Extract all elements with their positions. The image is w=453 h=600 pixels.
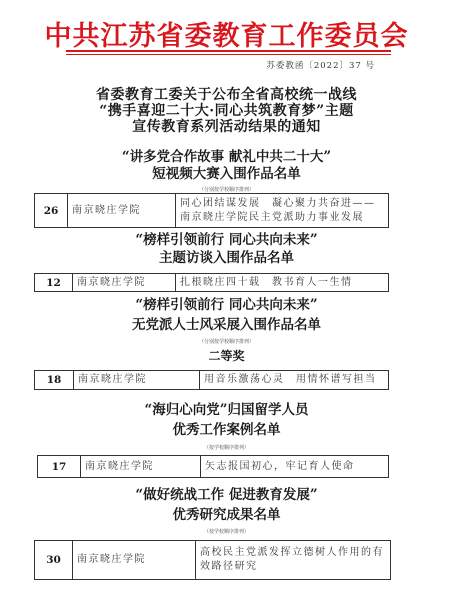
section-3-title-line-1: “榜样引领前行 同心共向未来”: [0, 297, 453, 314]
row-work-title: 扎根晓庄四十载 教书育人一生情: [176, 274, 389, 292]
section-4-note: （按学校顺序排列）: [0, 444, 453, 451]
row-school: 南京晓庄学院: [74, 371, 200, 390]
notice-title-line-2: “携手喜迎二十大·同心共筑教育梦”主题: [0, 103, 453, 119]
row-school: 南京晓庄学院: [68, 194, 176, 228]
section-1-table: 26 南京晓庄学院 同心团结谋发展 凝心聚力共奋进——南京晓庄学院民主党派助力事…: [34, 193, 389, 228]
prize-level-label: 二等奖: [0, 347, 453, 364]
row-work-title: 用音乐激荡心灵 用情怀谱写担当: [200, 371, 389, 390]
section-1-title-line-2: 短视频大赛入围作品名单: [0, 166, 453, 183]
section-3-note: （分别按学校顺序排列）: [0, 338, 453, 345]
section-1-note: （分别按学校顺序排列）: [0, 186, 453, 193]
row-work-title: 同心团结谋发展 凝心聚力共奋进——南京晓庄学院民主党派助力事业发展: [176, 194, 389, 228]
section-2-table: 12 南京晓庄学院 扎根晓庄四十载 教书育人一生情: [34, 273, 389, 292]
section-5-note: （按学校顺序排列）: [0, 528, 453, 535]
notice-title-line-3: 宣传教育系列活动结果的通知: [0, 119, 453, 135]
row-number: 30: [35, 541, 73, 580]
section-1-title-line-1: “讲多党合作故事 献礼中共二十大”: [0, 149, 453, 166]
row-school: 南京晓庄学院: [73, 541, 196, 580]
row-work-title: 高校民主党派发挥立德树人作用的有效路径研究: [196, 541, 391, 580]
row-school: 南京晓庄学院: [81, 456, 201, 478]
row-number: 18: [35, 371, 74, 390]
table-row: 18 南京晓庄学院 用音乐激荡心灵 用情怀谱写担当: [35, 371, 389, 390]
table-row: 30 南京晓庄学院 高校民主党派发挥立德树人作用的有效路径研究: [35, 541, 391, 580]
section-4-title-line-1: “海归心向党”归国留学人员: [0, 402, 453, 419]
row-number: 17: [38, 456, 81, 478]
row-school: 南京晓庄学院: [73, 274, 176, 292]
section-2-title-line-2: 主题访谈入围作品名单: [0, 250, 453, 267]
document-number: 苏委教函〔2022〕37 号: [266, 59, 375, 71]
section-3-title-line-2: 无党派人士风采展入围作品名单: [0, 317, 453, 334]
red-divider-thick: [66, 50, 391, 52]
notice-title-line-1: 省委教育工委关于公布全省高校统一战线: [0, 87, 453, 103]
organization-title: 中共江苏省委教育工作委员会: [0, 14, 453, 53]
section-2-title-line-1: “榜样引领前行 同心共向未来”: [0, 232, 453, 249]
section-3-table: 18 南京晓庄学院 用音乐激荡心灵 用情怀谱写担当: [34, 370, 389, 390]
table-row: 12 南京晓庄学院 扎根晓庄四十载 教书育人一生情: [35, 274, 389, 292]
section-5-table: 30 南京晓庄学院 高校民主党派发挥立德树人作用的有效路径研究: [34, 540, 391, 580]
section-5-title-line-1: “做好统战工作 促进教育发展”: [0, 487, 453, 504]
row-work-title: 矢志报国初心，牢记育人使命: [201, 456, 389, 478]
section-4-title-line-2: 优秀工作案例名单: [0, 422, 453, 439]
row-number: 26: [35, 194, 68, 228]
section-5-title-line-2: 优秀研究成果名单: [0, 507, 453, 524]
table-row: 26 南京晓庄学院 同心团结谋发展 凝心聚力共奋进——南京晓庄学院民主党派助力事…: [35, 194, 389, 228]
row-number: 12: [35, 274, 73, 292]
red-divider-thin: [66, 54, 391, 55]
table-row: 17 南京晓庄学院 矢志报国初心，牢记育人使命: [38, 456, 389, 478]
section-4-table: 17 南京晓庄学院 矢志报国初心，牢记育人使命: [37, 455, 389, 478]
